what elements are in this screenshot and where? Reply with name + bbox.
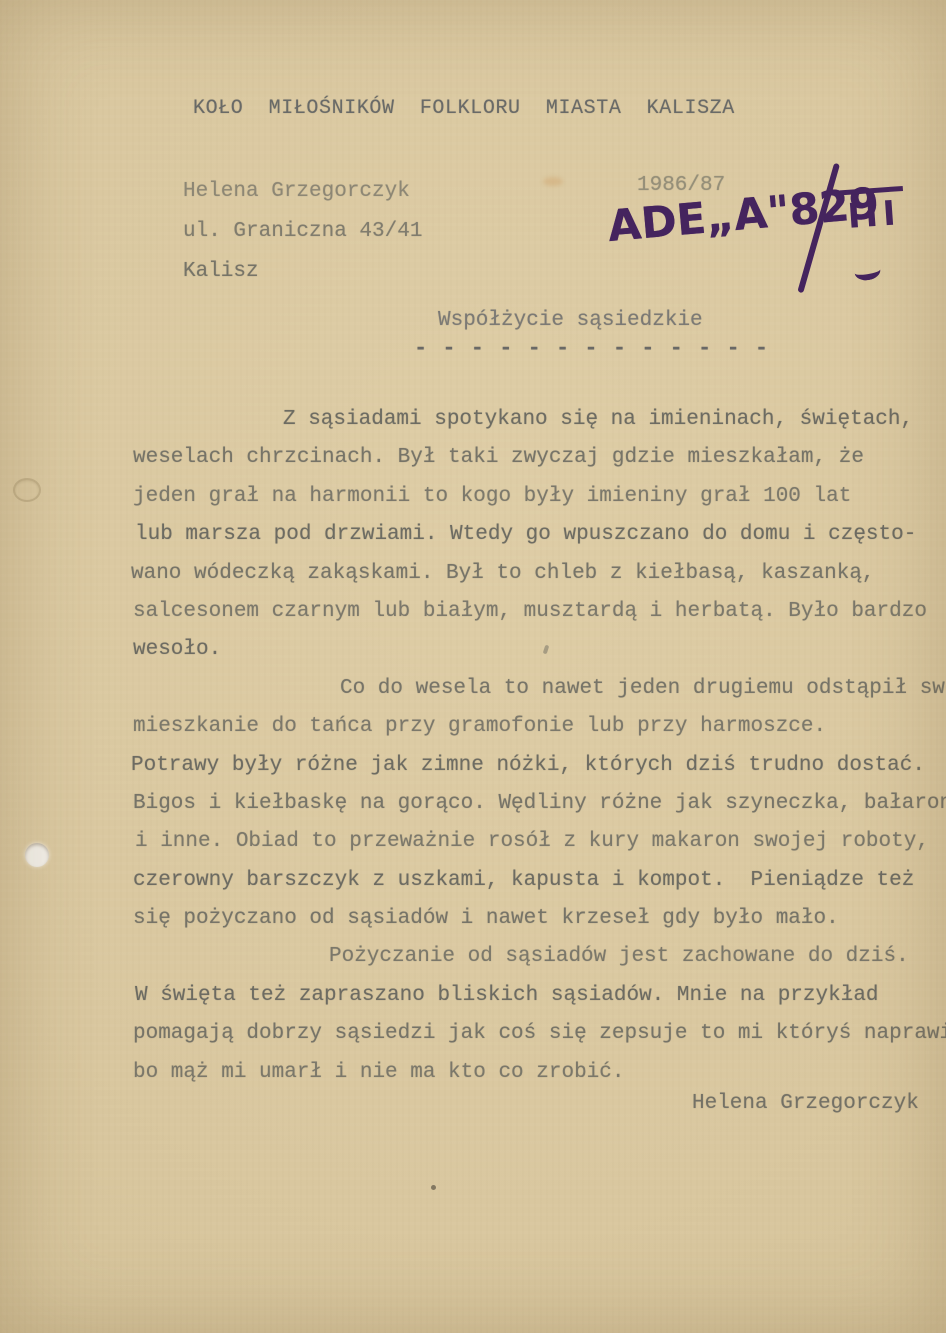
title-dashed-underline: - - - - - - - - - - - - - bbox=[414, 336, 769, 361]
sender-city: Kalisz bbox=[183, 252, 422, 292]
body-line: mieszkanie do tańca przy gramofonie lub … bbox=[133, 708, 945, 746]
body-line: i inne. Obiad to przeważnie rosół z kury… bbox=[135, 823, 946, 861]
ink-speck bbox=[431, 1185, 436, 1190]
body-line: wano wódeczką zakąskami. Był to chleb z … bbox=[131, 555, 943, 593]
body-line: lub marsza pod drzwiami. Wtedy go wpuszc… bbox=[135, 516, 946, 554]
sender-address-block: Helena Grzegorczyk ul. Graniczna 43/41 K… bbox=[183, 172, 422, 292]
body-line: bo mąż mi umarł i nie ma kto co zrobić. bbox=[133, 1054, 945, 1092]
body-line: Potrawy były różne jak zimne nóżki, któr… bbox=[131, 747, 943, 785]
body-line: wesoło. bbox=[133, 631, 945, 669]
punch-hole-impression bbox=[13, 478, 41, 502]
letter-body: Z sąsiadami spotykano się na imieninach,… bbox=[133, 401, 945, 1092]
handwritten-archive-mark: ADE„A"829 III bbox=[603, 165, 926, 331]
archive-underline-tick bbox=[853, 260, 881, 282]
punch-hole bbox=[25, 843, 49, 867]
body-line: Co do wesela to nawet jeden drugiemu ods… bbox=[135, 670, 946, 708]
archive-roman-numeral: III bbox=[840, 186, 906, 237]
body-line: pomagają dobrzy sąsiedzi jak coś się zep… bbox=[133, 1015, 945, 1053]
body-line: salcesonem czarnym lub białym, musztardą… bbox=[133, 593, 945, 631]
body-line: czerowny barszczyk z uszkami, kapusta i … bbox=[133, 862, 945, 900]
body-line: jeden grał na harmonii to kogo były imie… bbox=[133, 478, 945, 516]
body-line: Pożyczanie od sąsiadów jest zachowane do… bbox=[131, 938, 943, 976]
sender-street: ul. Graniczna 43/41 bbox=[183, 212, 422, 252]
sender-name: Helena Grzegorczyk bbox=[183, 172, 422, 212]
document-title: Współżycie sąsiedzkie bbox=[438, 309, 703, 332]
scanned-letter-page: KOŁO MIŁOŚNIKÓW FOLKLORU MIASTA KALISZA … bbox=[0, 0, 946, 1333]
body-line: weselach chrzcinach. Był taki zwyczaj gd… bbox=[133, 439, 945, 477]
body-line: się pożyczano od sąsiadów i nawet krzese… bbox=[133, 900, 945, 938]
paper-smudge bbox=[543, 177, 563, 186]
body-line: Bigos i kiełbaskę na gorąco. Wędliny róż… bbox=[133, 785, 945, 823]
body-line: W święta też zapraszano bliskich sąsiadó… bbox=[135, 977, 946, 1015]
organization-header: KOŁO MIŁOŚNIKÓW FOLKLORU MIASTA KALISZA bbox=[193, 97, 735, 120]
signature: Helena Grzegorczyk bbox=[692, 1092, 919, 1115]
body-line: Z sąsiadami spotykano się na imieninach,… bbox=[133, 401, 945, 439]
